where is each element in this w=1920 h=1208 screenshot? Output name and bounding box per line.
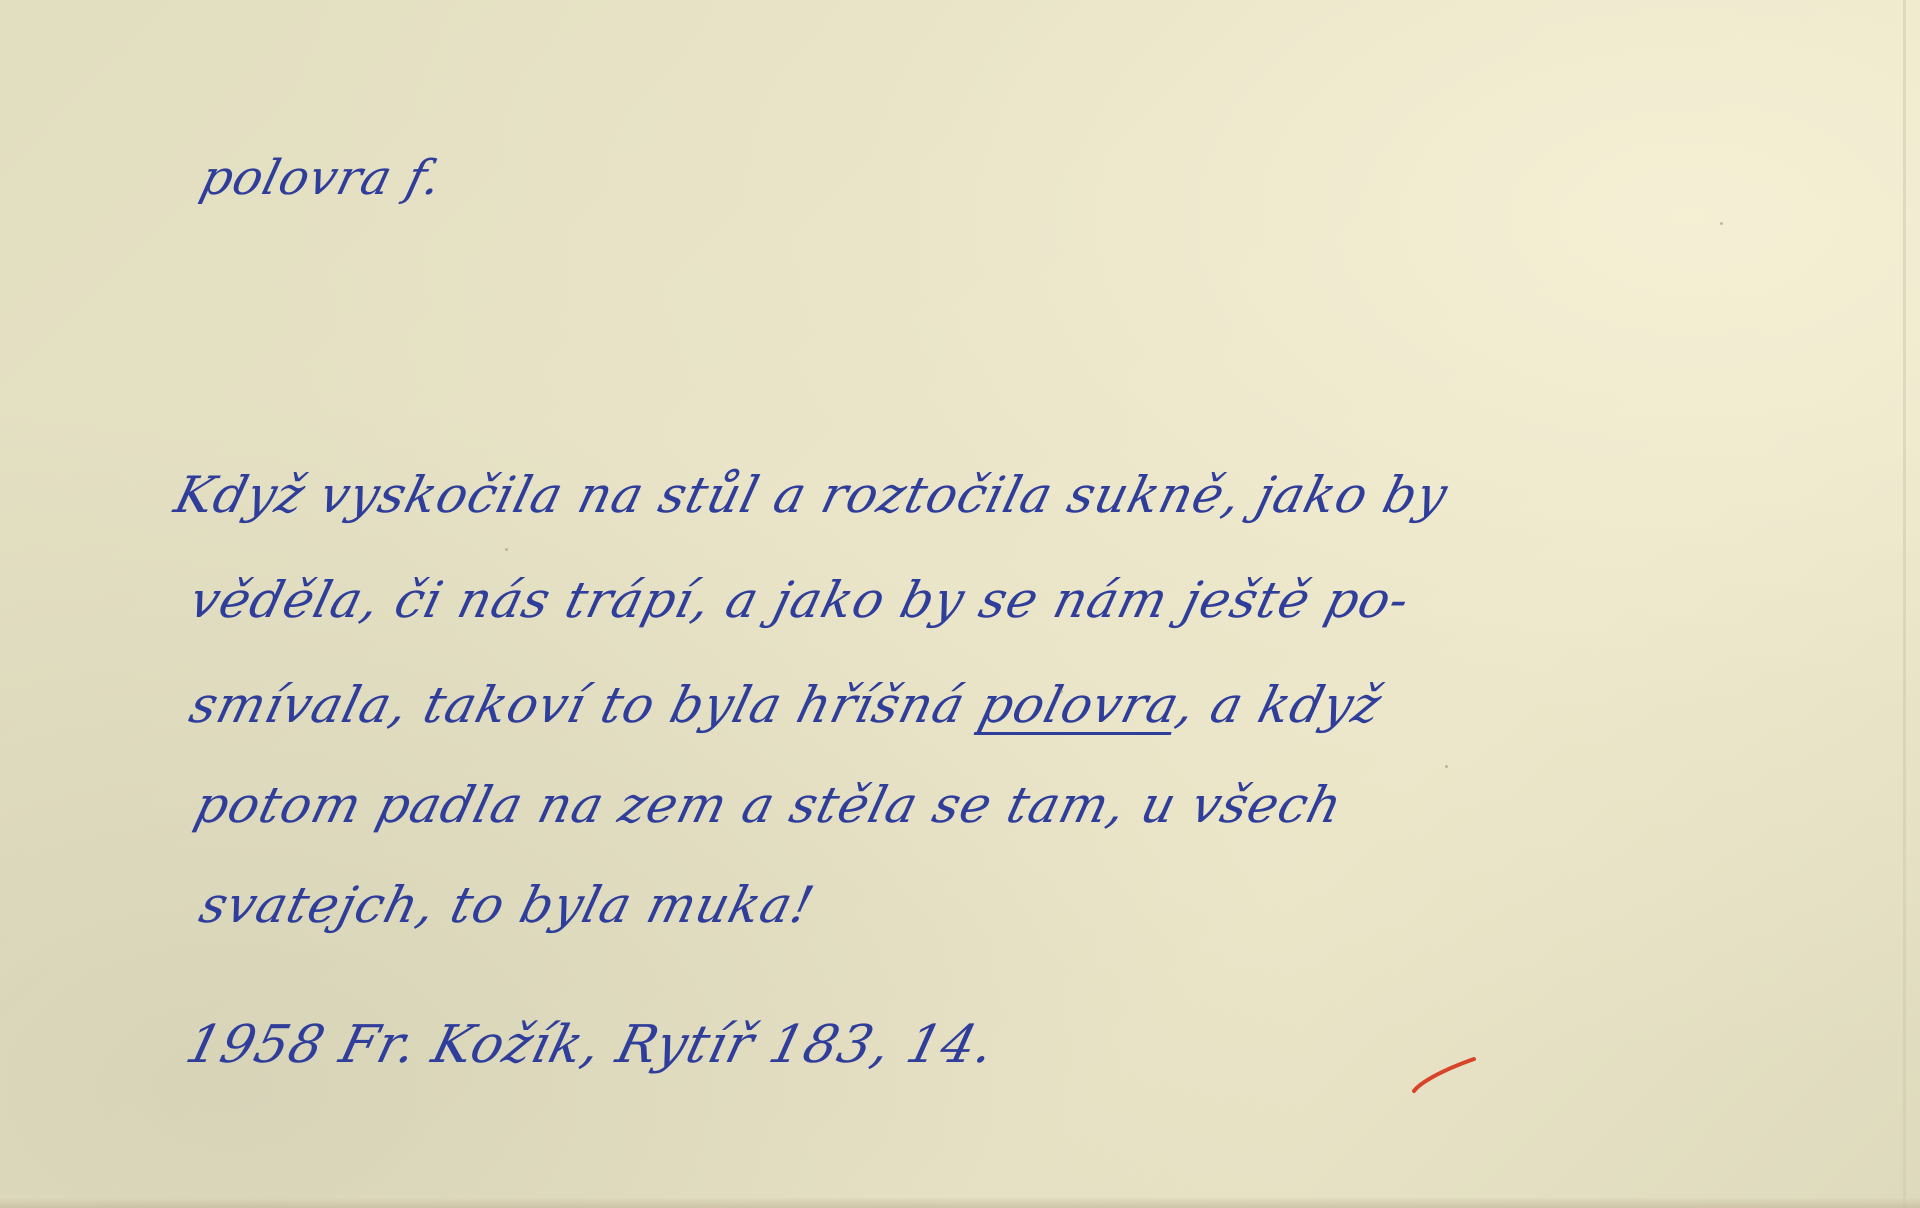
example-line-3-end: , a když [1171,676,1388,734]
example-line-1: Když vyskočila na stůl a roztočila sukně… [170,470,1453,520]
example-line-3: smívala, takoví to byla hříšná polovra, … [185,680,1387,730]
paper-speck [1720,222,1723,225]
red-check-mark-icon [1410,1055,1480,1095]
example-line-4: potom padla na zem a stěla se tam, u vše… [190,780,1348,830]
source-citation: 1958 Fr. Kožík, Rytíř 183, 14. [180,1015,1001,1075]
dictionary-slip: polovra f. Když vyskočila na stůl a rozt… [0,0,1920,1208]
example-line-5: svatejch, to byla muka! [195,880,819,930]
headword: polovra f. [195,150,448,206]
paper-speck [505,548,508,551]
example-line-2: věděla, či nás trápí, a jako by se nám j… [185,575,1415,625]
paper-edge-right [1903,0,1906,1208]
paper-speck [1445,765,1448,768]
example-line-3-start: smívala, takoví to byla hříšná [184,676,988,734]
paper-speck [1060,690,1063,693]
underlined-headword-occurrence: polovra [974,676,1186,734]
paper-edge-bottom [0,1198,1920,1208]
